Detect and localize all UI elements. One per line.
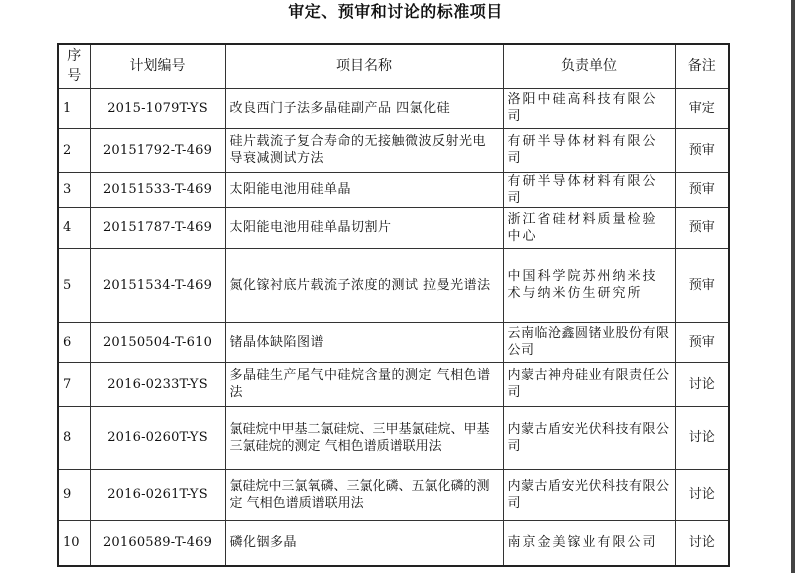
document-title: 审定、预审和讨论的标准项目 [0, 1, 791, 23]
cell-no: 8 [58, 406, 90, 469]
cell-no: 5 [58, 248, 90, 322]
cell-plan-code: 2016-0260T-YS [90, 406, 225, 469]
cell-no: 7 [58, 362, 90, 406]
cell-responsible-unit: 有研半导体材料有限公司 [503, 172, 675, 207]
cell-no: 10 [58, 520, 90, 566]
table-row: 7 2016-0233T-YS 多晶硅生产尾气中硅烷含量的测定 气相色谱法 内蒙… [58, 362, 729, 406]
table-row: 1 2015-1079T-YS 改良西门子法多晶硅副产品 四氯化硅 洛阳中硅高科… [58, 88, 729, 128]
cell-responsible-unit: 内蒙古盾安光伏科技有限公司 [503, 469, 675, 520]
cell-project-name: 氮化镓衬底片载流子浓度的测试 拉曼光谱法 [225, 248, 503, 322]
cell-remark: 讨论 [675, 520, 729, 566]
cell-no: 3 [58, 172, 90, 207]
header-project-name: 项目名称 [225, 44, 503, 88]
cell-project-name: 硅片载流子复合寿命的无接触微波反射光电导衰减测试方法 [225, 128, 503, 172]
cell-responsible-unit: 云南临沧鑫圆锗业股份有限公司 [503, 322, 675, 362]
cell-remark: 讨论 [675, 469, 729, 520]
table-row: 9 2016-0261T-YS 氯硅烷中三氯氧磷、三氯化磷、五氯化磷的测定 气相… [58, 469, 729, 520]
cell-project-name: 太阳能电池用硅单晶 [225, 172, 503, 207]
header-no: 序号 [58, 44, 90, 88]
table-header-row: 序号 计划编号 项目名称 负责单位 备注 [58, 44, 729, 88]
cell-plan-code: 2015-1079T-YS [90, 88, 225, 128]
cell-plan-code: 2016-0233T-YS [90, 362, 225, 406]
cell-project-name: 锗晶体缺陷图谱 [225, 322, 503, 362]
cell-plan-code: 20151534-T-469 [90, 248, 225, 322]
cell-responsible-unit: 有研半导体材料有限公司 [503, 128, 675, 172]
table-row: 5 20151534-T-469 氮化镓衬底片载流子浓度的测试 拉曼光谱法 中国… [58, 248, 729, 322]
cell-responsible-unit: 内蒙古神舟硅业有限责任公司 [503, 362, 675, 406]
cell-no: 1 [58, 88, 90, 128]
header-remark: 备注 [675, 44, 729, 88]
table-row: 6 20150504-T-610 锗晶体缺陷图谱 云南临沧鑫圆锗业股份有限公司 … [58, 322, 729, 362]
cell-plan-code: 20151792-T-469 [90, 128, 225, 172]
cell-project-name: 多晶硅生产尾气中硅烷含量的测定 气相色谱法 [225, 362, 503, 406]
standards-table: 序号 计划编号 项目名称 负责单位 备注 1 2015-1079T-YS 改良西… [57, 43, 730, 567]
cell-project-name: 太阳能电池用硅单晶切割片 [225, 207, 503, 248]
cell-responsible-unit: 中国科学院苏州纳米技术与纳米仿生研究所 [503, 248, 675, 322]
header-responsible-unit: 负责单位 [503, 44, 675, 88]
cell-remark: 预审 [675, 128, 729, 172]
cell-no: 6 [58, 322, 90, 362]
cell-remark: 预审 [675, 172, 729, 207]
cell-remark: 预审 [675, 322, 729, 362]
cell-project-name: 氯硅烷中三氯氧磷、三氯化磷、五氯化磷的测定 气相色谱质谱联用法 [225, 469, 503, 520]
cell-responsible-unit: 南京金美镓业有限公司 [503, 520, 675, 566]
header-plan-code: 计划编号 [90, 44, 225, 88]
table-row: 8 2016-0260T-YS 氯硅烷中甲基二氯硅烷、三甲基氯硅烷、甲基三氯硅烷… [58, 406, 729, 469]
cell-project-name: 改良西门子法多晶硅副产品 四氯化硅 [225, 88, 503, 128]
table-row: 3 20151533-T-469 太阳能电池用硅单晶 有研半导体材料有限公司 预… [58, 172, 729, 207]
cell-no: 2 [58, 128, 90, 172]
cell-plan-code: 2016-0261T-YS [90, 469, 225, 520]
table-row: 4 20151787-T-469 太阳能电池用硅单晶切割片 浙江省硅材料质量检验… [58, 207, 729, 248]
cell-project-name: 氯硅烷中甲基二氯硅烷、三甲基氯硅烷、甲基三氯硅烷的测定 气相色谱质谱联用法 [225, 406, 503, 469]
table-row: 2 20151792-T-469 硅片载流子复合寿命的无接触微波反射光电导衰减测… [58, 128, 729, 172]
cell-responsible-unit: 内蒙古盾安光伏科技有限公司 [503, 406, 675, 469]
cell-plan-code: 20150504-T-610 [90, 322, 225, 362]
cell-no: 4 [58, 207, 90, 248]
cell-responsible-unit: 浙江省硅材料质量检验中心 [503, 207, 675, 248]
cell-remark: 讨论 [675, 406, 729, 469]
table-row: 10 20160589-T-469 磷化铟多晶 南京金美镓业有限公司 讨论 [58, 520, 729, 566]
cell-no: 9 [58, 469, 90, 520]
cell-remark: 审定 [675, 88, 729, 128]
page-edge-bar [791, 0, 795, 573]
cell-plan-code: 20151787-T-469 [90, 207, 225, 248]
cell-plan-code: 20151533-T-469 [90, 172, 225, 207]
cell-remark: 讨论 [675, 362, 729, 406]
cell-remark: 预审 [675, 248, 729, 322]
cell-project-name: 磷化铟多晶 [225, 520, 503, 566]
cell-plan-code: 20160589-T-469 [90, 520, 225, 566]
cell-responsible-unit: 洛阳中硅高科技有限公司 [503, 88, 675, 128]
cell-remark: 预审 [675, 207, 729, 248]
